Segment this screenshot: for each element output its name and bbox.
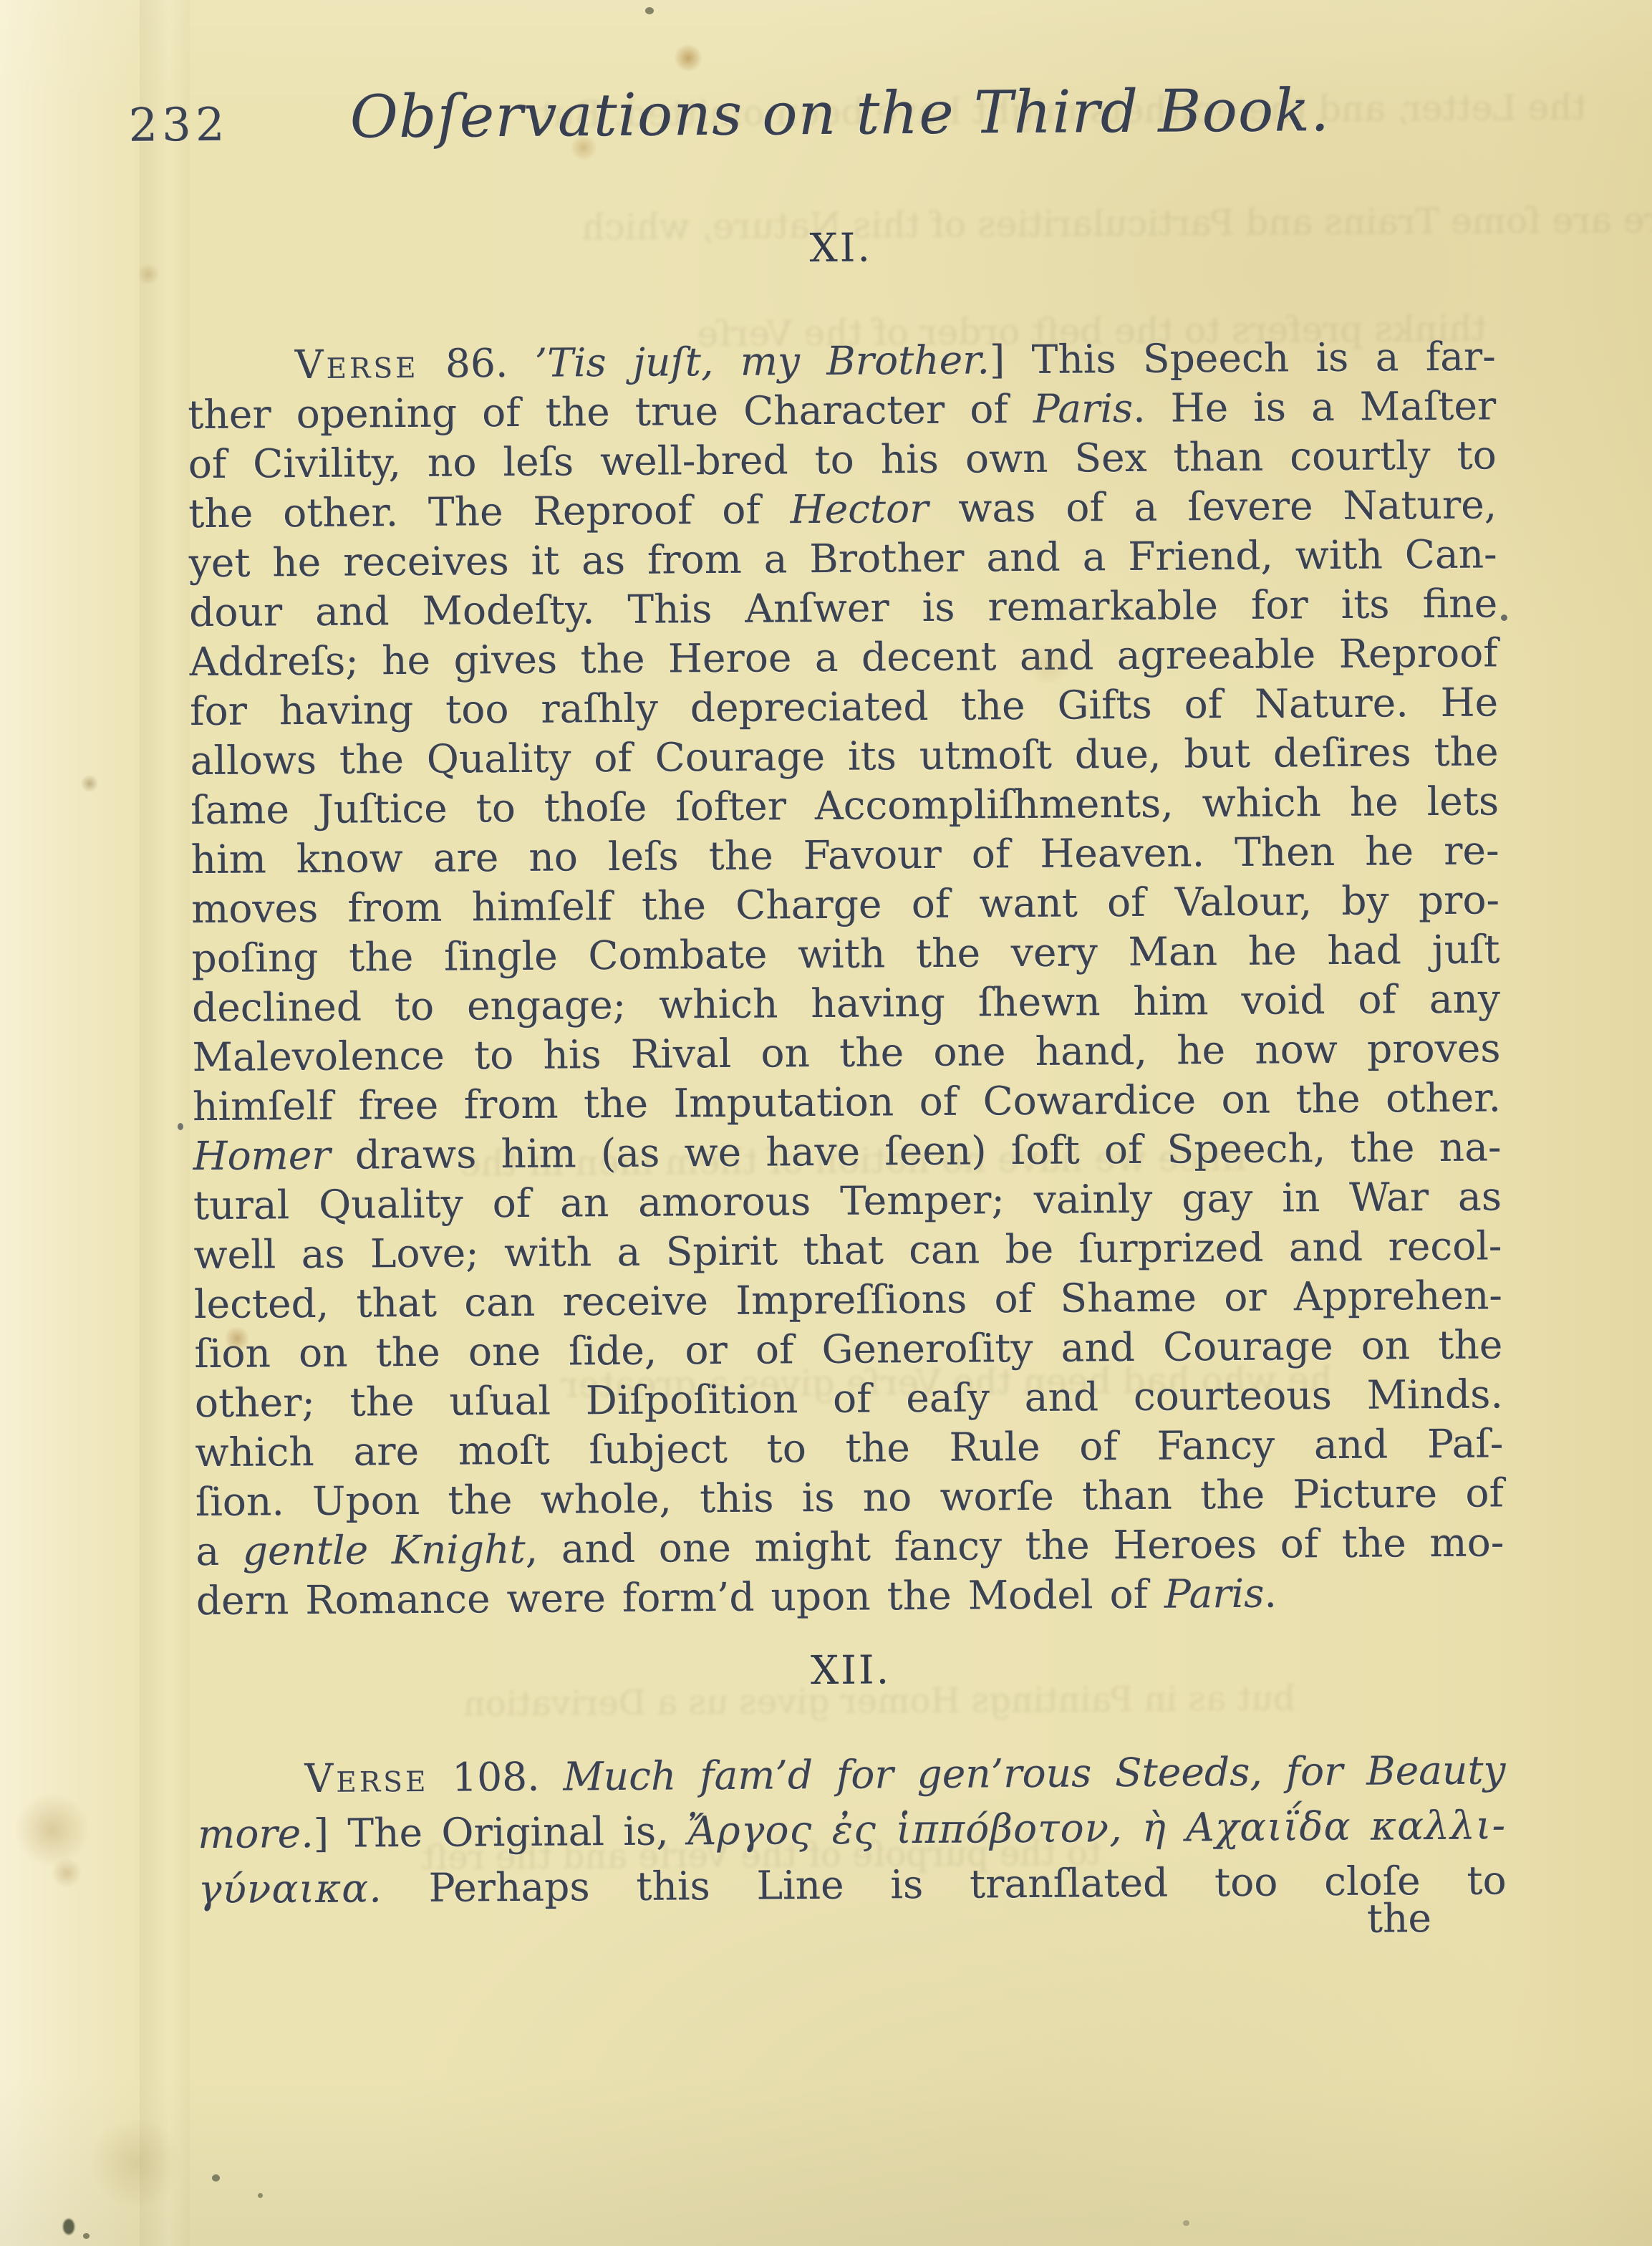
text-line: for having too raſhly depreciated the Gi… — [190, 678, 1498, 736]
text-line: dern Romance were form’d upon the Model … — [196, 1567, 1504, 1626]
text-line: Verse 108. Much fam’d for gen’rous Steed… — [197, 1743, 1505, 1807]
text-line: Verse 86. ’Tis juſt, my Brother.] This S… — [188, 332, 1496, 390]
text-segment: ſame Juſtice to thoſe ſofter Accompliſhm… — [190, 778, 1499, 833]
text-line: more.] The Original is, Ἄργος ἐς ἱππόβοτ… — [198, 1798, 1506, 1862]
text-segment: lected, that can receive Impreſſions of … — [194, 1272, 1502, 1327]
text-segment: Hector — [790, 486, 928, 532]
text-line: ſion. Upon the whole, this is no worſe t… — [195, 1468, 1504, 1527]
text-segment: more. — [198, 1811, 314, 1857]
text-line: of Civility, no leſs well-bred to his ow… — [188, 430, 1496, 489]
text-segment: . — [1264, 1571, 1277, 1616]
text-segment: which are moſt ſubject to the Rule of Fa… — [195, 1420, 1503, 1475]
text-line: allows the Quality of Courage its utmoſt… — [190, 727, 1498, 786]
text-segment: ’Tis juſt, my Brother. — [534, 337, 990, 385]
text-segment: poſing the ſingle Combate with the very … — [191, 926, 1499, 981]
text-line: lected, that can receive Impreſſions of … — [194, 1271, 1502, 1329]
section-heading-xi: XI. — [186, 220, 1494, 275]
text-line: yet he receives it as from a Brother and… — [188, 529, 1497, 588]
text-segment: ſion on the one ſide, or of Generoſity a… — [194, 1321, 1502, 1377]
text-segment: Much fam’d for gen’rous Steeds, for Beau… — [563, 1747, 1506, 1799]
text-segment: ] The Original is, — [313, 1808, 687, 1856]
text-line: tural Quality of an amorous Temper; vain… — [193, 1172, 1502, 1230]
text-line: declined to engage; which having ſhewn h… — [192, 974, 1500, 1033]
text-segment: for having too raſhly depreciated the Gi… — [190, 679, 1498, 734]
text-segment: Paris — [1033, 385, 1133, 432]
text-segment: Paris — [1164, 1571, 1265, 1617]
text-segment: of Civility, no leſs well-bred to his ow… — [188, 432, 1497, 487]
text-line: a gentle Knight, and one might fancy the… — [195, 1518, 1504, 1576]
section-xii-paragraph: Verse 108. Much fam’d for gen’rous Steed… — [197, 1743, 1507, 1917]
text-line: which are moſt ſubject to the Rule of Fa… — [195, 1419, 1503, 1478]
show-through-text: the Letter, and the epithets might have … — [0, 0, 1645, 6]
text-segment: Verse — [295, 341, 419, 387]
text-segment: him know are no leſs the Favour of Heave… — [190, 827, 1499, 882]
text-line: moves from himſelf the Charge of want of… — [191, 875, 1499, 934]
text-segment: Addreſs; he gives the Heroe a decent and… — [189, 630, 1497, 685]
text-line: himſelf free from the Imputation of Cowa… — [193, 1073, 1501, 1132]
text-line: Malevolence to his Rival on the one hand… — [192, 1023, 1500, 1082]
text-segment: Malevolence to his Rival on the one hand… — [192, 1025, 1500, 1080]
text-segment: dour and Modeſty. This Anſwer is remarka… — [189, 580, 1497, 635]
text-segment: allows the Quality of Courage its utmoſt… — [190, 728, 1498, 784]
text-segment: , and one might fancy the Heroes of the … — [525, 1519, 1504, 1572]
text-line: ſame Juſtice to thoſe ſofter Accompliſhm… — [190, 776, 1499, 835]
text-segment: dern Romance were form’d upon the Model … — [196, 1571, 1165, 1624]
catchword: the — [198, 1895, 1431, 1949]
text-line: poſing the ſingle Combate with the very … — [191, 925, 1499, 983]
text-segment: the other. The Reproof of — [188, 486, 791, 536]
text-segment: well as Love; with a Spirit that can be … — [193, 1223, 1502, 1278]
text-line: well as Love; with a Spirit that can be … — [193, 1221, 1502, 1280]
text-segment: ] This Speech is a far- — [990, 333, 1496, 382]
text-segment: other; the uſual Diſpoſition of eaſy and… — [195, 1371, 1503, 1426]
text-segment: Homer — [193, 1132, 331, 1179]
text-segment: tural Quality of an amorous Temper; vain… — [193, 1173, 1502, 1228]
text-line: dour and Modeſty. This Anſwer is remarka… — [189, 579, 1497, 637]
text-segment: 86. — [418, 340, 535, 387]
text-segment: moves from himſelf the Charge of want of… — [191, 877, 1499, 932]
text-line: Addreſs; he gives the Heroe a decent and… — [189, 628, 1497, 687]
text-segment: gentle Knight — [243, 1526, 526, 1574]
text-line: the other. The Reproof of Hector was of … — [188, 480, 1497, 539]
text-segment: declined to engage; which having ſhewn h… — [192, 975, 1500, 1031]
text-line: Homer draws him (as we have ſeen) ſoft o… — [193, 1122, 1501, 1181]
text-segment: ſion. Upon the whole, this is no worſe t… — [195, 1470, 1504, 1525]
text-segment: draws him (as we have ſeen) ſoft of Spee… — [330, 1124, 1501, 1177]
text-segment: a — [195, 1528, 243, 1574]
text-segment: yet he receives it as from a Brother and… — [188, 531, 1497, 586]
section-heading-xii: XII. — [196, 1642, 1504, 1697]
text-segment: 108. — [428, 1754, 564, 1801]
text-segment: himſelf free from the Imputation of Cowa… — [193, 1074, 1501, 1129]
text-segment: Verse — [304, 1755, 428, 1801]
text-line: him know are no leſs the Favour of Heave… — [190, 826, 1499, 885]
book-page-scan: the Letter, and the epithets might have … — [0, 0, 1652, 2246]
text-segment: ther opening of the true Character of — [188, 386, 1033, 438]
page-content: the Letter, and the epithets might have … — [0, 0, 1652, 2246]
running-header: Obſervations on the Third Book. — [185, 75, 1494, 153]
text-segment: was of a ſevere Nature, — [928, 481, 1497, 531]
section-xi-paragraph: Verse 86. ’Tis juſt, my Brother.] This S… — [188, 332, 1504, 1626]
text-line: ſion on the one ſide, or of Generoſity a… — [194, 1320, 1502, 1379]
text-segment: Ἄργος ἐς ἱππόβοτον, ὴ Αχαιΐδα καλλι- — [687, 1802, 1507, 1854]
text-line: ther opening of the true Character of Pa… — [188, 381, 1496, 440]
text-line: other; the uſual Diſpoſition of eaſy and… — [195, 1369, 1503, 1428]
text-segment: . He is a Maſter — [1133, 382, 1497, 431]
